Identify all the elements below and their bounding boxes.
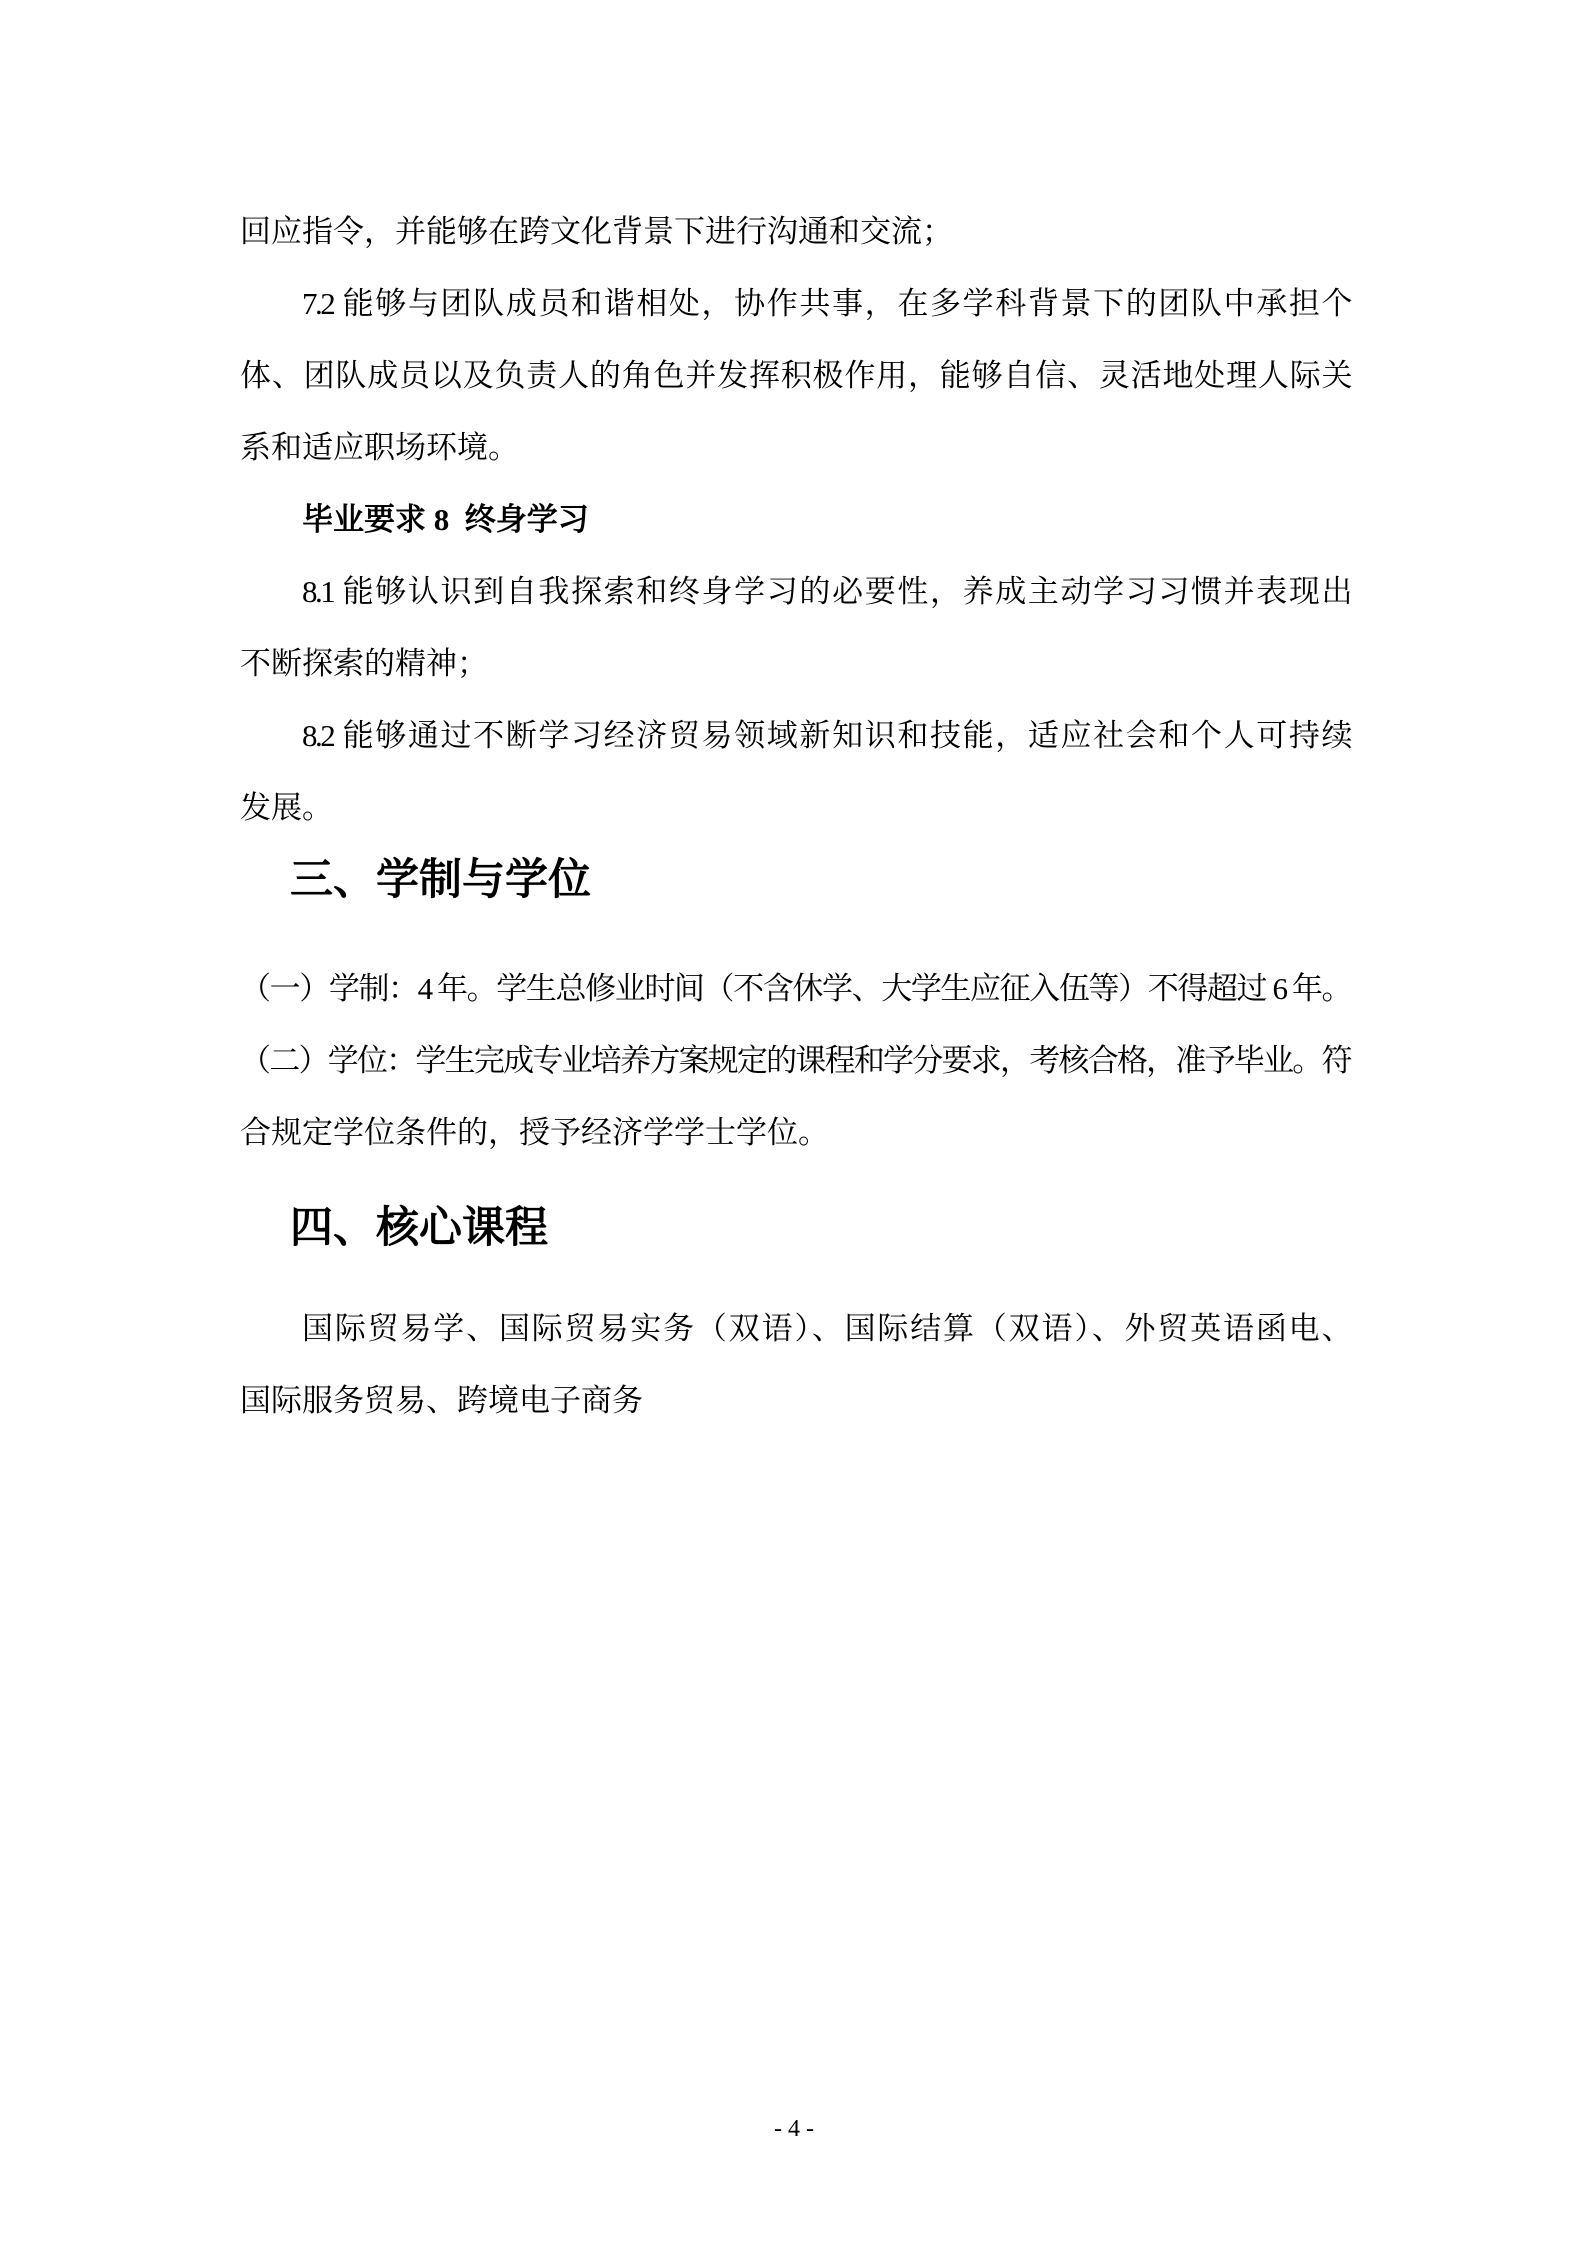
text-line: 回应指令，并能够在跨文化背景下进行沟通和交流；: [240, 196, 1350, 268]
text-line: 体、团队成员以及负责人的角色并发挥积极作用，能够自信、灵活地处理人际关: [240, 340, 1350, 412]
core-courses-line: 国际贸易学、国际贸易实务（双语）、国际结算（双语）、外贸英语函电、: [240, 1293, 1350, 1365]
graduation-requirement-8-heading: 毕业要求 8 终身学习: [240, 484, 1350, 556]
document-page: 回应指令，并能够在跨文化背景下进行沟通和交流； 7.2 能够与团队成员和谐相处，…: [0, 0, 1588, 2245]
text-line: 发展。: [240, 772, 1350, 844]
schooling-length-line: （一）学制：4 年。学生总修业时间（不含休学、大学生应征入伍等）不得超过 6 年…: [240, 953, 1350, 1025]
degree-line: （二）学位：学生完成专业培养方案规定的课程和学分要求，考核合格，准予毕业。符: [240, 1025, 1350, 1097]
text-line: 国际服务贸易、跨境电子商务: [240, 1365, 1350, 1437]
section-heading-4-core-courses: 四、核心课程: [290, 1169, 1350, 1251]
page-number: - 4 -: [0, 2116, 1588, 2142]
requirement-8-1-line: 8.1 能够认识到自我探索和终身学习的必要性，养成主动学习习惯并表现出: [240, 556, 1350, 628]
text-line: 不断探索的精神；: [240, 628, 1350, 700]
requirement-7-2-line: 7.2 能够与团队成员和谐相处，协作共事，在多学科背景下的团队中承担个: [240, 268, 1350, 340]
section-heading-3-schooling-degree: 三、学制与学位: [290, 844, 1350, 903]
text-line: 系和适应职场环境。: [240, 412, 1350, 484]
requirement-8-2-line: 8.2 能够通过不断学习经济贸易领域新知识和技能，适应社会和个人可持续: [240, 700, 1350, 772]
text-line: 合规定学位条件的，授予经济学学士学位。: [240, 1097, 1350, 1169]
document-text: 回应指令，并能够在跨文化背景下进行沟通和交流； 7.2 能够与团队成员和谐相处，…: [240, 196, 1350, 1437]
